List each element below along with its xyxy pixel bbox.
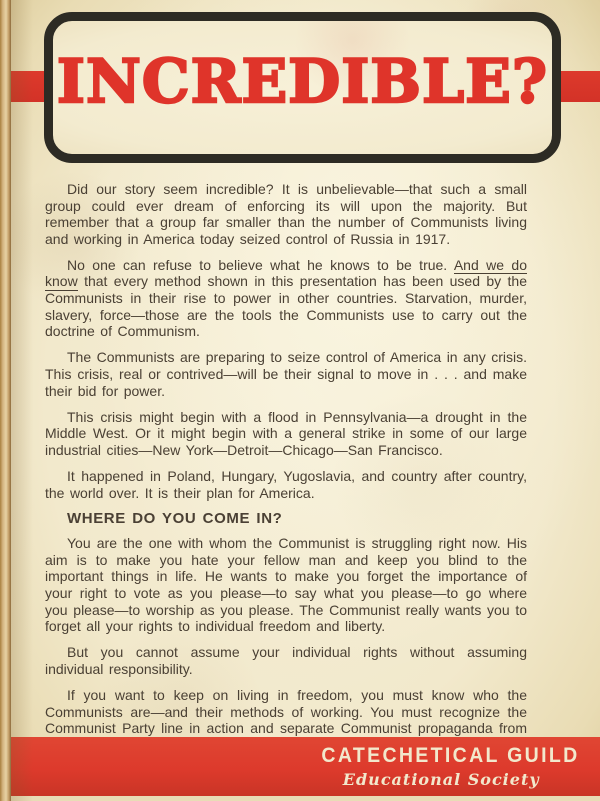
paragraph-5: It happened in Poland, Hungary, Yugoslav… <box>45 468 527 501</box>
paragraph-2: No one can refuse to believe what he kno… <box>45 257 527 340</box>
paragraph-2-pre: No one can refuse to believe what he kno… <box>67 257 454 273</box>
booklet-page: INCREDIBLE? Did our story seem incredibl… <box>0 0 600 801</box>
paragraph-1: Did our story seem incredible? It is unb… <box>45 181 527 247</box>
publisher-block: CATECHETICAL GUILD Educational Society <box>302 744 580 789</box>
paragraph-6: You are the one with whom the Communist … <box>45 535 527 635</box>
publisher-subtitle: Educational Society <box>302 770 580 789</box>
publisher-name: CATECHETICAL GUILD <box>322 744 580 768</box>
page-bottom-edge <box>0 796 600 801</box>
paragraph-2-post: that every method shown in this presenta… <box>45 273 527 339</box>
paragraph-7: But you cannot assume your individual ri… <box>45 644 527 677</box>
binding-shadow <box>11 0 33 801</box>
page-headline: INCREDIBLE? <box>57 47 548 117</box>
paragraph-4: This crisis might begin with a flood in … <box>45 409 527 459</box>
bottom-red-band: CATECHETICAL GUILD Educational Society <box>0 737 600 796</box>
body-copy: Did our story seem incredible? It is unb… <box>45 181 527 801</box>
headline-box: INCREDIBLE? <box>44 12 561 163</box>
paragraph-3: The Communists are preparing to seize co… <box>45 349 527 399</box>
book-binding-edge <box>0 0 11 801</box>
section-heading: WHERE DO YOU COME IN? <box>45 511 527 528</box>
